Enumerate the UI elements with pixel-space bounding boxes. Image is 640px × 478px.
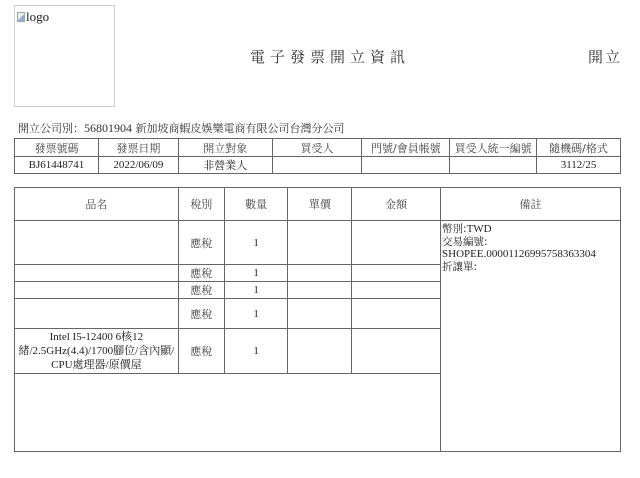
empty-filler-cell — [15, 374, 441, 452]
buyer-tax-id — [450, 157, 537, 174]
header-unit-price: 單價 — [288, 188, 352, 221]
item-unit-price — [288, 299, 352, 329]
item-name — [15, 221, 179, 265]
header-member-account: 門號/會員帳號 — [362, 139, 450, 157]
transaction-label: 交易編號: — [442, 236, 619, 249]
items-table: 品名 稅別 數量 單價 金額 備註 應稅 1 幣別:TWD 交易編號: SHOP… — [14, 187, 621, 452]
invoice-date: 2022/06/09 — [98, 157, 178, 174]
item-unit-price — [288, 282, 352, 299]
item-amount — [352, 282, 441, 299]
item-quantity: 1 — [224, 282, 288, 299]
company-label: 開立公司別： — [18, 122, 84, 135]
header-buyer-tax-id: 買受人統一編號 — [450, 139, 537, 157]
header-quantity: 數量 — [224, 188, 288, 221]
item-unit-price — [288, 265, 352, 282]
logo-image: logo — [14, 5, 115, 107]
item-tax-type: 應稅 — [178, 282, 224, 299]
item-quantity: 1 — [224, 299, 288, 329]
header-invoice-no: 發票號碼 — [15, 139, 99, 157]
company-name: 新加坡商蝦皮娛樂電商有限公司台灣分公司 — [136, 122, 345, 135]
item-name — [15, 265, 179, 282]
broken-image-icon — [17, 12, 25, 22]
header-random-code: 隨機碼/格式 — [537, 139, 621, 157]
item-name: Intel I5-12400 6核12 緒/2.5GHz(4.4)/1700腳位… — [15, 329, 179, 374]
logo-alt-text: logo — [26, 9, 49, 25]
transaction-number: SHOPEE.00001126995758363304 — [442, 248, 619, 261]
item-amount — [352, 299, 441, 329]
item-tax-type: 應稅 — [178, 265, 224, 282]
item-tax-type: 應稅 — [178, 221, 224, 265]
member-account — [362, 157, 450, 174]
item-quantity: 1 — [224, 221, 288, 265]
item-quantity: 1 — [224, 329, 288, 374]
item-quantity: 1 — [224, 265, 288, 282]
recipient-type: 非營業人 — [178, 157, 272, 174]
buyer — [272, 157, 362, 174]
item-tax-type: 應稅 — [178, 299, 224, 329]
item-amount — [352, 221, 441, 265]
item-name — [15, 282, 179, 299]
header-remarks: 備註 — [441, 188, 621, 221]
item-unit-price — [288, 329, 352, 374]
header-tax-type: 稅別 — [178, 188, 224, 221]
header-buyer: 買受人 — [272, 139, 362, 157]
page-title: 電子發票開立資訊 — [250, 46, 410, 67]
header-recipient-type: 開立對象 — [178, 139, 272, 157]
remarks-cell: 幣別:TWD 交易編號: SHOPEE.00001126995758363304… — [441, 221, 621, 452]
currency-value: TWD — [467, 223, 492, 235]
info-header-row: 發票號碼 發票日期 開立對象 買受人 門號/會員帳號 買受人統一編號 隨機碼/格… — [15, 139, 621, 157]
status-label: 開立 — [588, 46, 622, 67]
item-tax-type: 應稅 — [178, 329, 224, 374]
header-invoice-date: 發票日期 — [98, 139, 178, 157]
discount-label: 折讓單: — [442, 261, 619, 274]
item-name — [15, 299, 179, 329]
item-amount — [352, 329, 441, 374]
item-amount — [352, 265, 441, 282]
table-row: 應稅 1 幣別:TWD 交易編號: SHOPEE.000011269957583… — [15, 221, 621, 265]
invoice-info-table: 發票號碼 發票日期 開立對象 買受人 門號/會員帳號 買受人統一編號 隨機碼/格… — [14, 138, 621, 174]
items-header-row: 品名 稅別 數量 單價 金額 備註 — [15, 188, 621, 221]
header-item-name: 品名 — [15, 188, 179, 221]
issuing-company: 開立公司別：56801904 新加坡商蝦皮娛樂電商有限公司台灣分公司 — [18, 120, 345, 136]
invoice-no: BJ61448741 — [15, 157, 99, 174]
random-code-format: 3112/25 — [537, 157, 621, 174]
company-tax-id: 56801904 — [84, 121, 132, 135]
broken-image: logo — [17, 9, 49, 25]
info-data-row: BJ61448741 2022/06/09 非營業人 3112/25 — [15, 157, 621, 174]
header-amount: 金額 — [352, 188, 441, 221]
currency-line: 幣別:TWD — [442, 223, 619, 236]
item-unit-price — [288, 221, 352, 265]
